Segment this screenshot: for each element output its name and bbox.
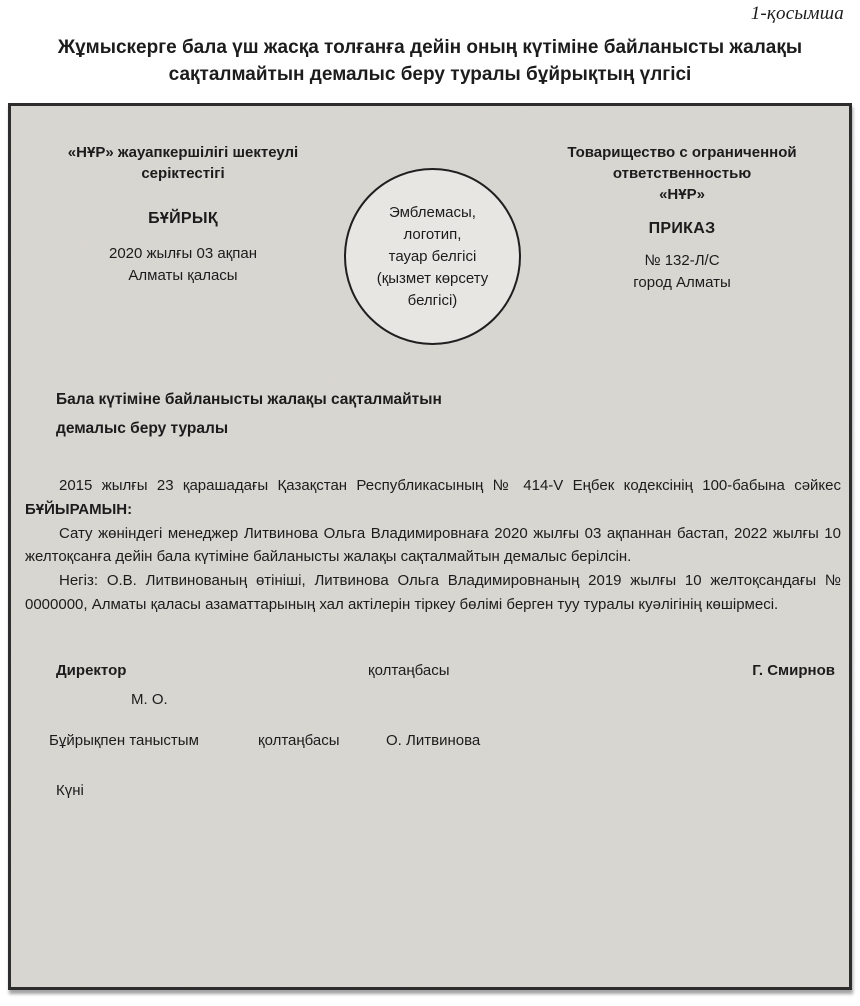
- doc-city-kazakh: Алматы қаласы: [33, 265, 333, 287]
- doc-type-russian: ПРИКАЗ: [531, 220, 833, 238]
- company-name-kazakh: «НҰР» жауапкершілігі шектеулі серіктесті…: [33, 142, 333, 184]
- annex-label: 1-қосымша: [0, 0, 860, 25]
- stamp-line: белгісі): [377, 290, 489, 312]
- order-subject-line1: Бала күтіміне байланысты жалақы сақталма…: [56, 385, 442, 414]
- acquainted-signature-placeholder: қолтаңбасы: [258, 732, 340, 749]
- paragraph-legal-basis: 2015 жылғы 23 қарашадағы Қазақстан Респу…: [25, 474, 841, 522]
- company-name-kazakh-line2: серіктестігі: [33, 163, 333, 184]
- stamp-line: Эмблемасы,: [377, 202, 489, 224]
- stamp-line: (қызмет көрсету: [377, 268, 489, 290]
- date-label: Күні: [56, 782, 84, 799]
- company-name-kazakh-line1: «НҰР» жауапкершілігі шектеулі: [33, 142, 333, 163]
- doc-date-kazakh: 2020 жылғы 03 ақпан: [33, 243, 333, 265]
- order-document-sheet: «НҰР» жауапкершілігі шектеулі серіктесті…: [8, 103, 852, 990]
- order-verb-bold: БҰЙЫРАМЫН:: [25, 501, 132, 518]
- paragraph-legal-basis-text: 2015 жылғы 23 қарашадағы Қазақстан Респу…: [59, 477, 841, 494]
- paragraph-grounds: Негіз: О.В. Литвинованың өтініші, Литвин…: [25, 569, 841, 617]
- director-signature-placeholder: қолтаңбасы: [368, 662, 450, 679]
- seal-placeholder: М. О.: [131, 691, 168, 708]
- emblem-stamp-text: Эмблемасы, логотип, тауар белгісі (қызме…: [377, 202, 489, 312]
- company-name-russian-line3: «НҰР»: [531, 184, 833, 205]
- doc-number-place-russian: № 132-Л/С город Алматы: [531, 250, 833, 294]
- director-title: Директор: [56, 662, 126, 679]
- order-subject: Бала күтіміне байланысты жалақы сақталма…: [56, 385, 442, 443]
- doc-date-place-kazakh: 2020 жылғы 03 ақпан Алматы қаласы: [33, 243, 333, 287]
- emblem-stamp-circle: Эмблемасы, логотип, тауар белгісі (қызме…: [344, 168, 521, 345]
- acquainted-label: Бұйрықпен таныстым: [49, 732, 199, 749]
- doc-city-russian: город Алматы: [531, 272, 833, 294]
- page-title: Жұмыскерге бала үш жасқа толғанға дейін …: [0, 25, 860, 88]
- stamp-line: тауар белгісі: [377, 246, 489, 268]
- director-name: Г. Смирнов: [752, 662, 835, 679]
- doc-type-kazakh: БҰЙРЫҚ: [33, 210, 333, 228]
- doc-number: № 132-Л/С: [531, 250, 833, 272]
- acquainted-name: О. Литвинова: [386, 732, 480, 749]
- stamp-line: логотип,: [377, 224, 489, 246]
- company-name-russian-line1: Товарищество с ограниченной: [531, 142, 833, 163]
- paragraph-order-content: Сату жөніндегі менеджер Литвинова Ольга …: [25, 522, 841, 570]
- company-name-russian: Товарищество с ограниченной ответственно…: [531, 142, 833, 205]
- order-subject-line2: демалыс беру туралы: [56, 414, 442, 443]
- order-body: 2015 жылғы 23 қарашадағы Қазақстан Респу…: [25, 474, 841, 617]
- company-name-russian-line2: ответственностью: [531, 163, 833, 184]
